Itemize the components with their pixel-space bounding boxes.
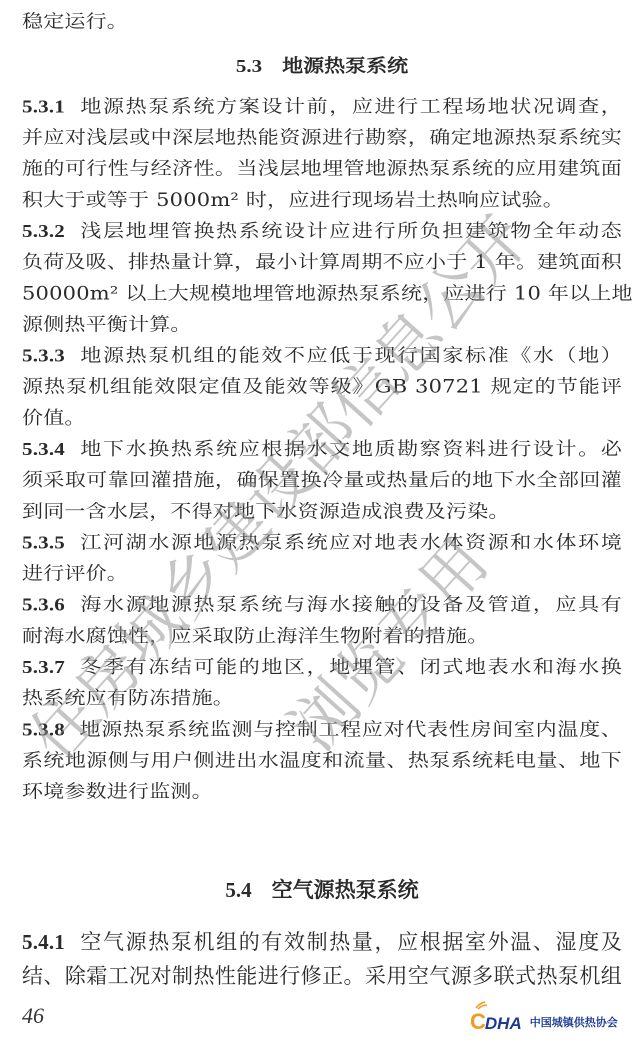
clause-text-line: 热系统应有防冻措施。 <box>22 686 234 710</box>
clause-number: 5.3.6 <box>22 594 65 615</box>
signal-waves-icon <box>474 999 488 1009</box>
clause-5-3-8-line-1: 5.3.8地源热泵系统监测与控制工程应对代表性房间室内温度、 <box>22 717 622 741</box>
clause-5-3-3-line-1: 5.3.3地源热泵机组的能效不应低于现行国家标准《水（地） <box>22 343 622 367</box>
section-heading-5-4: 5.4空气源热泵系统 <box>22 874 622 904</box>
clause-text-line: 负荷及吸、排热量计算，最小计算周期不应小于 1 年。建筑面积 <box>22 250 622 274</box>
clause-number: 5.3.1 <box>22 96 65 117</box>
clause-text-line: 系统地源侧与用户侧进出水温度和流量、热泵系统耗电量、地下 <box>22 748 622 772</box>
clause-5-3-4-line-1: 5.3.4地下水换热系统应根据水文地质勘察资料进行设计。必 <box>22 437 622 461</box>
clause-5-3-6-line-1: 5.3.6海水源地源热泵系统与海水接触的设备及管道，应具有 <box>22 593 622 617</box>
clause-text-line: 环境参数进行监测。 <box>22 779 213 803</box>
clause-text-line: 须采取可靠回灌措施，确保置换冷量或热量后的地下水全部回灌 <box>22 468 622 492</box>
clause-number: 5.3.7 <box>22 657 65 678</box>
continuation-text: 稳定运行。 <box>22 10 128 34</box>
clause-text-line: 并应对浅层或中深层地热能资源进行勘察，确定地源热泵系统实 <box>22 125 622 149</box>
logo-mark: CDHA <box>470 1009 522 1035</box>
section-title: 地源热泵系统 <box>282 55 408 76</box>
page-number: 46 <box>22 1003 44 1029</box>
clause-text-line: 价值。 <box>22 406 86 430</box>
clause-5-3-1-line-1: 5.3.1地源热泵系统方案设计前，应进行工程场地状况调查， <box>22 94 622 118</box>
clause-text-line: 耐海水腐蚀性，应采取防止海洋生物附着的措施。 <box>22 624 488 648</box>
clause-text-line: 进行评价。 <box>22 561 128 585</box>
clause-number: 5.3.4 <box>22 439 65 460</box>
section-title: 空气源热泵系统 <box>272 878 419 902</box>
dha-logo: CDHA 中国城镇供热协会 <box>470 1004 618 1040</box>
clause-text-line: 50000m² 以上大规模地埋管地源热泵系统，应进行 10 年以上地 <box>22 281 622 305</box>
clause-number: 5.4.1 <box>22 930 65 954</box>
section-number: 5.4 <box>225 878 251 902</box>
clause-number: 5.3.8 <box>22 719 65 740</box>
clause-text-line: 源热泵机组能效限定值及能效等级》GB 30721 规定的节能评 <box>22 375 622 399</box>
section-number: 5.3 <box>236 55 262 76</box>
logo-org-name: 中国城镇供热协会 <box>530 1014 618 1030</box>
clause-number: 5.3.2 <box>22 221 65 242</box>
clause-text-line: 施的可行性与经济性。当浅层地埋管地源热泵系统的应用建筑面 <box>22 157 622 181</box>
clause-number: 5.3.3 <box>22 345 65 366</box>
clause-5-3-2-line-1: 5.3.2浅层地埋管换热系统设计应进行所负担建筑物全年动态 <box>22 219 622 243</box>
clause-text-line: 积大于或等于 5000m² 时，应进行现场岩土热响应试验。 <box>22 188 564 212</box>
clause-number: 5.3.5 <box>22 532 65 553</box>
section-heading-5-3: 5.3地源热泵系统 <box>22 52 622 78</box>
logo-c-glyph: C <box>470 1009 486 1034</box>
clause-5-3-5-line-1: 5.3.5江河湖水源地源热泵系统应对地表水体资源和水体环境 <box>22 530 622 554</box>
clause-text-line: 结、除霜工况对制热性能进行修正。采用空气源多联式热泵机组 <box>22 962 622 990</box>
clause-5-3-7-line-1: 5.3.7冬季有冻结可能的地区，地埋管、闭式地表水和海水换 <box>22 655 622 679</box>
clause-text-line: 到同一含水层，不得对地下水资源造成浪费及污染。 <box>22 499 510 523</box>
clause-text-line: 源侧热平衡计算。 <box>22 312 192 336</box>
clause-5-4-1-line-1: 5.4.1空气源热泵机组的有效制热量，应根据室外温、湿度及 <box>22 928 622 956</box>
